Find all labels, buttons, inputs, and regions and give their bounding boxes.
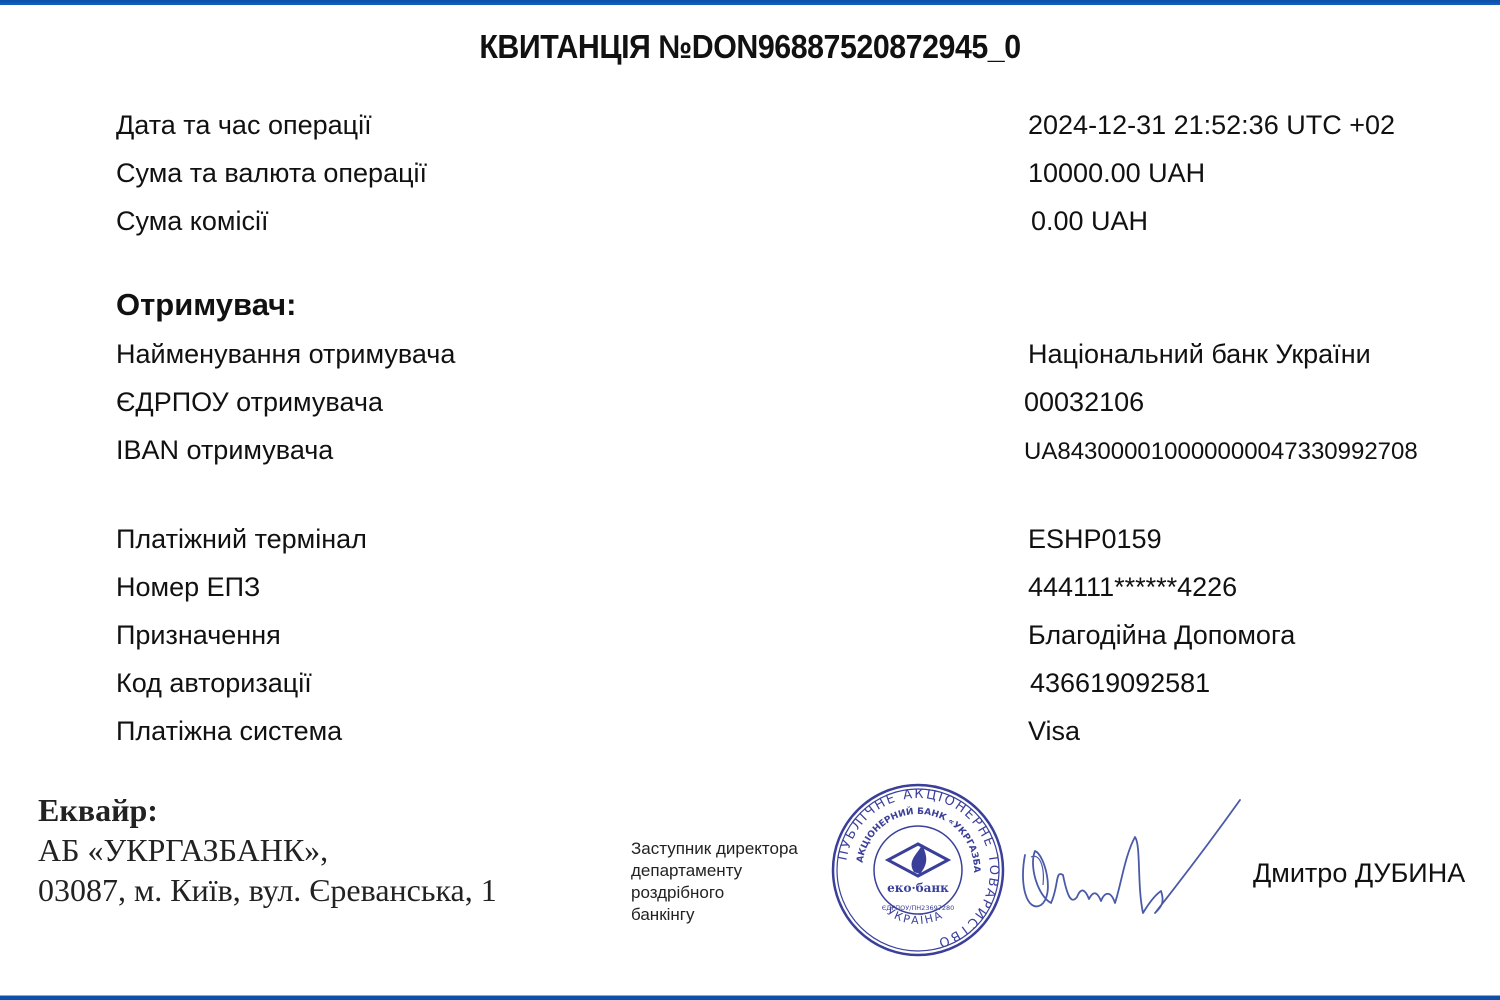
field-label: Код авторизації [116,668,312,699]
field-label: IBAN отримувача [116,435,333,466]
field-row-card-number: Номер ЕПЗ 444111******4226 [116,572,1476,608]
field-row-terminal: Платіжний термінал ESHP0159 [116,524,1476,560]
position-line: департаменту [631,860,798,882]
field-value: 436619092581 [1030,668,1210,699]
recipient-heading: Отримувач: [116,287,297,323]
field-label: Платіжна система [116,716,342,747]
field-value: 10000.00 UAH [1028,158,1205,189]
field-label: Призначення [116,620,281,651]
field-label: Платіжний термінал [116,524,367,555]
field-row-payment-system: Платіжна система Visa [116,716,1476,752]
field-label: Сума та валюта операції [116,158,427,189]
signatory-position: Заступник директора департаменту роздріб… [631,838,798,926]
field-row-recipient-edrpou: ЄДРПОУ отримувача 00032106 [116,387,1476,423]
field-label: Найменування отримувача [116,339,455,370]
signature-icon [1015,795,1255,925]
acquirer-block: Еквайр: АБ «УКРГАЗБАНК», 03087, м. Київ,… [38,790,497,910]
top-accent-bar [0,0,1500,5]
bottom-accent-bar [0,995,1500,1000]
field-value: UA843000010000000047330992708 [1024,438,1418,466]
field-row-recipient-name: Найменування отримувача Національний бан… [116,339,1476,375]
bank-stamp-icon: ПУБЛІЧНЕ АКЦІОНЕРНЕ ТОВАРИСТВО АКЦІОНЕРН… [830,782,1006,958]
field-value: ESHP0159 [1028,524,1162,555]
field-value: Visa [1028,716,1080,747]
position-line: роздрібного [631,882,798,904]
field-value: 2024-12-31 21:52:36 UTC +02 [1028,110,1395,141]
field-row-commission: Сума комісії 0.00 UAH [116,206,1476,242]
field-label: ЄДРПОУ отримувача [116,387,383,418]
field-value: 444111******4226 [1028,572,1237,603]
field-value: 0.00 UAH [1031,206,1148,237]
acquirer-address: 03087, м. Київ, вул. Єреванська, 1 [38,870,497,910]
field-label: Номер ЕПЗ [116,572,260,603]
position-line: банкінгу [631,904,798,926]
field-row-recipient-iban: IBAN отримувача UA8430000100000000473309… [116,435,1476,471]
field-row-auth-code: Код авторизації 436619092581 [116,668,1476,704]
field-label: Дата та час операції [116,110,372,141]
acquirer-name: АБ «УКРГАЗБАНК», [38,830,497,870]
field-value: Національний банк України [1028,339,1371,370]
acquirer-heading: Еквайр: [38,790,497,830]
svg-text:еко·банк: еко·банк [887,881,949,895]
signatory-name: Дмитро ДУБИНА [1253,858,1465,889]
field-row-purpose: Призначення Благодійна Допомога [116,620,1476,656]
field-value: 00032106 [1024,387,1144,418]
receipt-title: КВИТАНЦІЯ №DON96887520872945_0 [60,28,1440,66]
field-row-datetime: Дата та час операції 2024-12-31 21:52:36… [116,110,1476,146]
field-row-amount: Сума та валюта операції 10000.00 UAH [116,158,1476,194]
field-value: Благодійна Допомога [1028,620,1295,651]
field-label: Сума комісії [116,206,268,237]
position-line: Заступник директора [631,838,798,860]
